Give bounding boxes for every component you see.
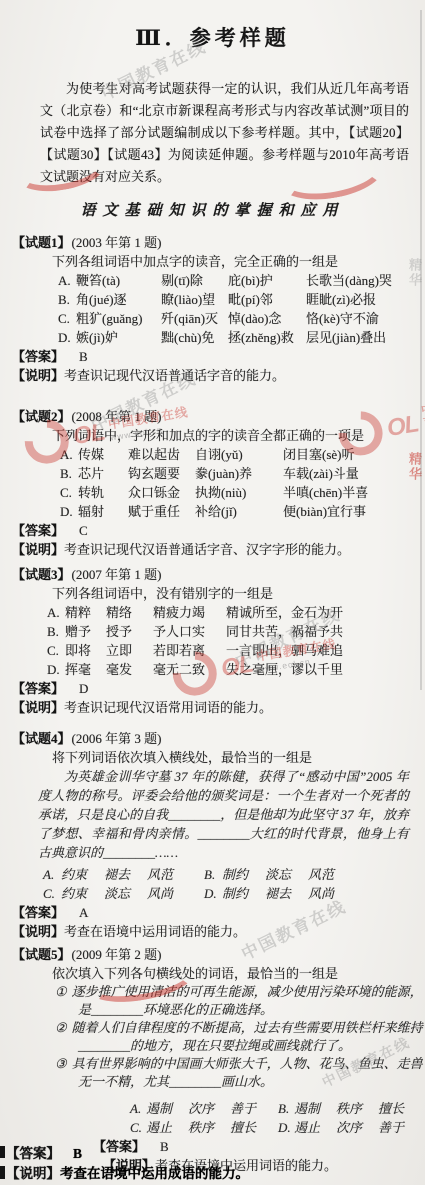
question-stem: 下列词语中，字形和加点的字的读音全都正确的一项是 bbox=[52, 426, 425, 445]
option-row-b: B.赠予授予予人口实同甘共苦，祸福予共 bbox=[47, 622, 425, 641]
question-source: (2008 年第 1 题) bbox=[72, 409, 162, 424]
answer-line: 【答案】B bbox=[12, 347, 425, 366]
option-row-ab: A.遏制次序善于B.遏制秩序擅长 bbox=[130, 1099, 425, 1118]
option-row-c: C.即将立即若即若离一言即出，驷马难追 bbox=[47, 641, 425, 660]
question-source: (2003 年第 1 题) bbox=[72, 235, 162, 250]
question-1: 【试题1】(2003 年第 1 题) 下列各组词语中加点字的读音，完全正确的一组… bbox=[0, 233, 425, 385]
option-row-ab: A.约束褪去风范B.制约淡忘风范 bbox=[43, 865, 425, 884]
note-line: 【说明】考查在语境中运用词语的能力。 bbox=[12, 922, 425, 941]
question-header: 【试题2】(2008 年第 1 题) bbox=[12, 407, 425, 426]
note-line: 【说明】考查识记现代汉语普通话字音、汉字字形的能力。 bbox=[12, 540, 425, 559]
option-row-b: B.芯片钩玄题要豢(juàn)养车载(zài)斗量 bbox=[60, 464, 425, 483]
question-3: 【试题3】(2007 年第 1 题) 下列各组词语中，没有错别字的一组是 A.精… bbox=[0, 565, 425, 717]
question-id: 【试题3】 bbox=[12, 567, 71, 582]
question-2: 【试题2】(2008 年第 1 题) 下列词语中，字形和加点的字的读音全都正确的… bbox=[0, 407, 425, 559]
option-row-b: B.角(jué)逐瞭(liào)望毗(pí)邻睚眦(zì)必报 bbox=[58, 290, 425, 309]
question-header: 【试题3】(2007 年第 1 题) bbox=[12, 565, 425, 584]
option-row-a: A.鞭笞(tà)剔(tī)除庇(bì)护长歌当(dàng)哭 bbox=[58, 271, 425, 290]
option-row-d: D.嫉(jì)妒黜(chù)免拯(zhěng)救层见(jiàn)叠出 bbox=[58, 328, 425, 347]
answer-value: D bbox=[79, 681, 88, 696]
section-heading: 语文基础知识的掌握和应用 bbox=[0, 199, 425, 220]
option-row-cd: C.约束淡忘风尚D.制约褪去风尚 bbox=[43, 884, 425, 903]
question-header: 【试题1】(2003 年第 1 题) bbox=[12, 233, 425, 252]
answer-line: 【答案】B bbox=[6, 1144, 249, 1164]
answer-value: B bbox=[73, 1146, 82, 1161]
overlapping-answer-fragment: 【答案】B 【说明】考查在语境中运用成语的能力。 bbox=[6, 1144, 249, 1184]
option-row-a: A.传媒难以起齿自诩(yǔ)闭目塞(sè)听 bbox=[60, 445, 425, 464]
scan-edge-mark bbox=[0, 1146, 5, 1158]
answer-value: B bbox=[79, 349, 88, 364]
answer-line: 【答案】C bbox=[12, 521, 425, 540]
question-4: 【试题4】(2006 年第 3 题) 将下列词语依次填入横线处，最恰当的一组是 … bbox=[0, 729, 425, 941]
scanned-exam-page: 中国教育在线 中国教育在线 OL 中国教育在线www.eol.cn OL 中国教… bbox=[0, 0, 425, 1185]
question-source: (2009 年第 2 题) bbox=[72, 947, 162, 962]
clause-1: ①逐步推广使用清洁的可再生能源，减少使用污染环境的能源，是________环境恶… bbox=[0, 983, 425, 1019]
option-row-cd: C.遏止秩序擅长D.遏止次序善于 bbox=[130, 1118, 425, 1137]
note-line: 【说明】考查识记现代汉语普通话字音的能力。 bbox=[12, 366, 425, 385]
intro-paragraph: 为使考生对高考试题获得一定的认识，我们从近几年高考语文（北京卷）和“北京市新课程… bbox=[40, 78, 409, 188]
page-title: Ⅲ．参考样题 bbox=[0, 22, 425, 52]
question-source: (2006 年第 3 题) bbox=[72, 731, 162, 746]
answer-value: A bbox=[79, 905, 88, 920]
answer-line: 【答案】A bbox=[12, 903, 425, 922]
question-stem: 依次填入下列各句横线处的词语，最恰当的一组是 bbox=[52, 964, 425, 983]
question-header: 【试题4】(2006 年第 3 题) bbox=[12, 729, 425, 748]
question-stem: 下列各组词语中加点字的读音，完全正确的一组是 bbox=[52, 252, 425, 271]
question-header: 【试题5】(2009 年第 2 题) bbox=[12, 945, 425, 964]
question-source: (2007 年第 1 题) bbox=[72, 567, 162, 582]
option-row-d: D.辐射赋于重任补给(jǐ)便(biàn)宜行事 bbox=[60, 502, 425, 521]
question-id: 【试题4】 bbox=[12, 731, 71, 746]
question-passage: 为英雄金训华守墓 37 年的陈健，获得了“感动中国”2005 年度人物的称号。评… bbox=[38, 767, 409, 862]
option-row-a: A.精粹精络精疲力竭精诚所至，金石为开 bbox=[47, 603, 425, 622]
note-line: 【说明】考查识记现代汉语常用词语的能力。 bbox=[12, 698, 425, 717]
scan-edge-mark bbox=[0, 1166, 5, 1179]
clause-3: ③具有世界影响的中国画大师张大千，人物、花鸟、鱼虫、走兽无一不精，尤其_____… bbox=[0, 1055, 425, 1091]
question-id: 【试题1】 bbox=[12, 235, 71, 250]
option-row-d: D.挥毫毫发毫无二致失之毫厘，谬以千里 bbox=[47, 660, 425, 679]
answer-value: C bbox=[79, 523, 88, 538]
option-row-c: C.粗犷(guǎng)歼(qiān)灭悼(dào)念恪(kè)守不渝 bbox=[58, 309, 425, 328]
question-id: 【试题5】 bbox=[12, 947, 71, 962]
option-row-c: C.转轨众口铄金执拗(niù)半嗔(chēn)半喜 bbox=[60, 483, 425, 502]
question-id: 【试题2】 bbox=[12, 409, 71, 424]
question-stem: 下列各组词语中，没有错别字的一组是 bbox=[52, 584, 425, 603]
question-5: 【试题5】(2009 年第 2 题) 依次填入下列各句横线处的词语，最恰当的一组… bbox=[0, 945, 425, 1175]
scan-edge-line bbox=[420, 10, 422, 690]
question-stem: 将下列词语依次填入横线处，最恰当的一组是 bbox=[52, 748, 425, 767]
note-line: 【说明】考查在语境中运用成语的能力。 bbox=[6, 1164, 249, 1184]
answer-line: 【答案】D bbox=[12, 679, 425, 698]
clause-2: ②随着人们自律程度的不断提高，过去有些需要用铁栏杆来维持________的地方，… bbox=[0, 1019, 425, 1055]
